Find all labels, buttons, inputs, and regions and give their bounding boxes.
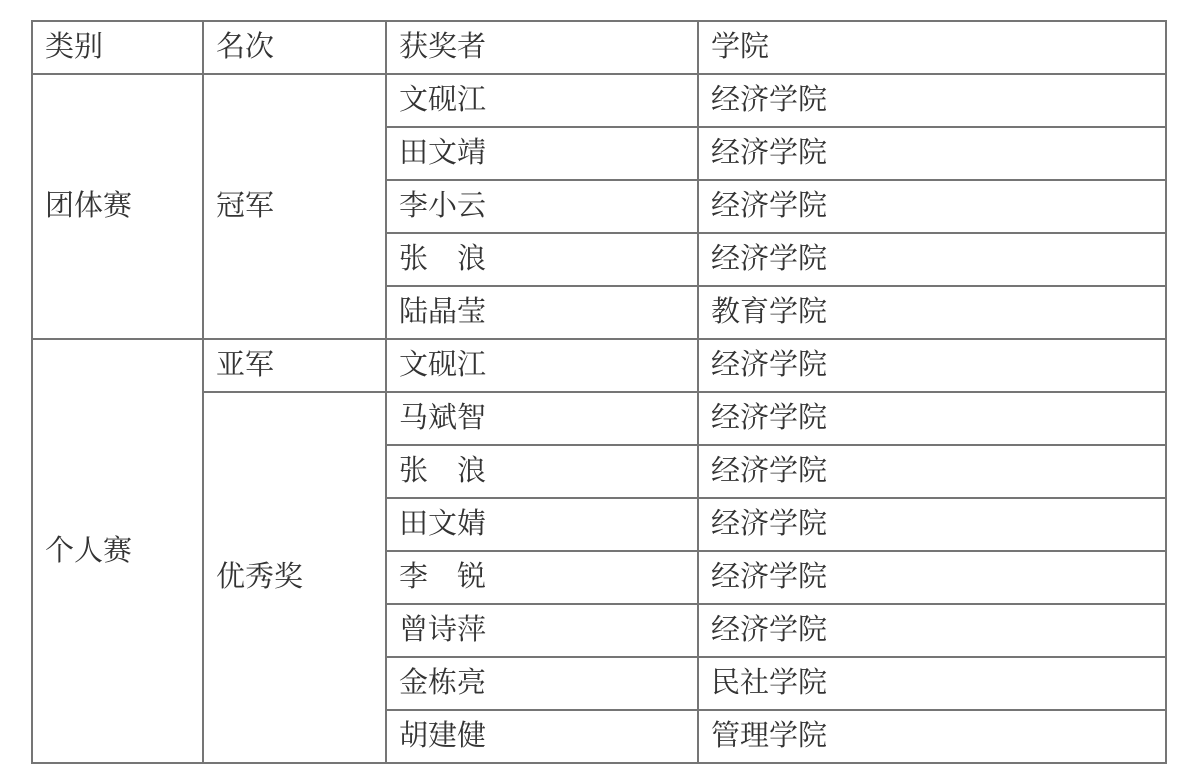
winner-name-cell: 文砚江 xyxy=(386,74,698,127)
college-cell: 经济学院 xyxy=(698,604,1166,657)
college-cell: 经济学院 xyxy=(698,180,1166,233)
winner-name-cell: 文砚江 xyxy=(386,339,698,392)
winner-name-cell: 张 浪 xyxy=(386,233,698,286)
winner-name-cell: 金栋亮 xyxy=(386,657,698,710)
college-cell: 管理学院 xyxy=(698,710,1166,763)
college-cell: 经济学院 xyxy=(698,127,1166,180)
college-cell: 经济学院 xyxy=(698,445,1166,498)
category-cell: 个人赛 xyxy=(32,339,203,763)
table-row: 优秀奖马斌智经济学院 xyxy=(32,392,1166,445)
winner-name-cell: 田文靖 xyxy=(386,127,698,180)
winner-name-cell: 曾诗萍 xyxy=(386,604,698,657)
header-category: 类别 xyxy=(32,21,203,74)
winner-name-cell: 马斌智 xyxy=(386,392,698,445)
winner-name-cell: 张 浪 xyxy=(386,445,698,498)
header-rank: 名次 xyxy=(203,21,386,74)
table-row: 个人赛亚军文砚江经济学院 xyxy=(32,339,1166,392)
college-cell: 经济学院 xyxy=(698,551,1166,604)
winner-name-cell: 李 锐 xyxy=(386,551,698,604)
college-cell: 经济学院 xyxy=(698,498,1166,551)
winner-name-cell: 田文婧 xyxy=(386,498,698,551)
college-cell: 经济学院 xyxy=(698,392,1166,445)
awards-table: 类别 名次 获奖者 学院 团体赛冠军文砚江经济学院田文靖经济学院李小云经济学院张… xyxy=(31,20,1167,764)
winner-name-cell: 胡建健 xyxy=(386,710,698,763)
header-row: 类别 名次 获奖者 学院 xyxy=(32,21,1166,74)
winner-name-cell: 陆晶莹 xyxy=(386,286,698,339)
college-cell: 经济学院 xyxy=(698,339,1166,392)
category-cell: 团体赛 xyxy=(32,74,203,339)
college-cell: 教育学院 xyxy=(698,286,1166,339)
results-table-body: 团体赛冠军文砚江经济学院田文靖经济学院李小云经济学院张 浪经济学院陆晶莹教育学院… xyxy=(32,74,1166,763)
college-cell: 经济学院 xyxy=(698,233,1166,286)
header-winner: 获奖者 xyxy=(386,21,698,74)
rank-cell: 亚军 xyxy=(203,339,386,392)
college-cell: 经济学院 xyxy=(698,74,1166,127)
college-cell: 民社学院 xyxy=(698,657,1166,710)
rank-cell: 优秀奖 xyxy=(203,392,386,763)
winner-name-cell: 李小云 xyxy=(386,180,698,233)
rank-cell: 冠军 xyxy=(203,74,386,339)
document-page: 类别 名次 获奖者 学院 团体赛冠军文砚江经济学院田文靖经济学院李小云经济学院张… xyxy=(0,0,1183,779)
table-row: 团体赛冠军文砚江经济学院 xyxy=(32,74,1166,127)
header-college: 学院 xyxy=(698,21,1166,74)
